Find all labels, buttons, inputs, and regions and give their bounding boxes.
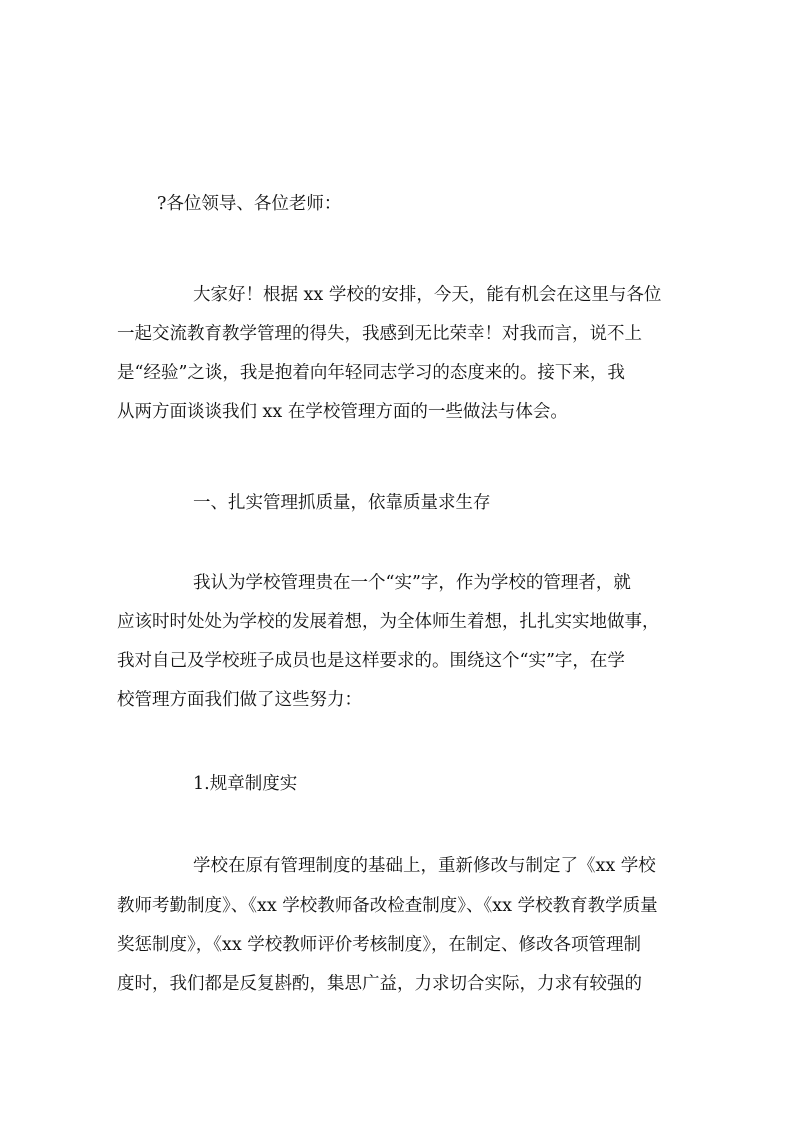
paragraph-line: 大家好！根据 xx 学校的安排，今天，能有机会在这里与各位	[193, 284, 661, 306]
paragraph-line: 我对自己及学校班子成员也是这样要求的。围绕这个“实”字，在学	[117, 650, 625, 672]
paragraph-line: 一起交流教育教学管理的得失，我感到无比荣幸！对我而言，说不上	[117, 323, 642, 345]
paragraph-line: 奖惩制度》，《xx 学校教师评价考核制度》，在制定、修改各项管理制	[117, 934, 641, 956]
salutation: ?各位领导、各位老师：	[157, 193, 341, 215]
paragraph-line: 校管理方面我们做了这些努力：	[117, 689, 362, 711]
paragraph-line: 从两方面谈谈我们 xx 在学校管理方面的一些做法与体会。	[117, 401, 568, 423]
paragraph-line: 应该时时处处为学校的发展着想，为全体师生着想，扎扎实实地做事，	[117, 611, 660, 633]
paragraph-line: 度时，我们都是反复斟酌，集思广益，力求切合实际，力求有较强的	[117, 973, 642, 995]
subsection-heading: 1.规章制度实	[193, 773, 297, 795]
paragraph-line: 教师考勤制度》、《xx 学校教师备改检查制度》、《xx 学校教育教学质量	[117, 895, 658, 917]
paragraph-line: 是“经验”之谈，我是抱着向年轻同志学习的态度来的。接下来，我	[117, 362, 625, 384]
section-heading: 一、扎实管理抓质量，依靠质量求生存	[193, 492, 491, 514]
paragraph-line: 我认为学校管理贵在一个“实”字，作为学校的管理者，就	[193, 572, 631, 594]
paragraph-line: 学校在原有管理制度的基础上，重新修改与制定了《xx 学校	[193, 855, 656, 877]
